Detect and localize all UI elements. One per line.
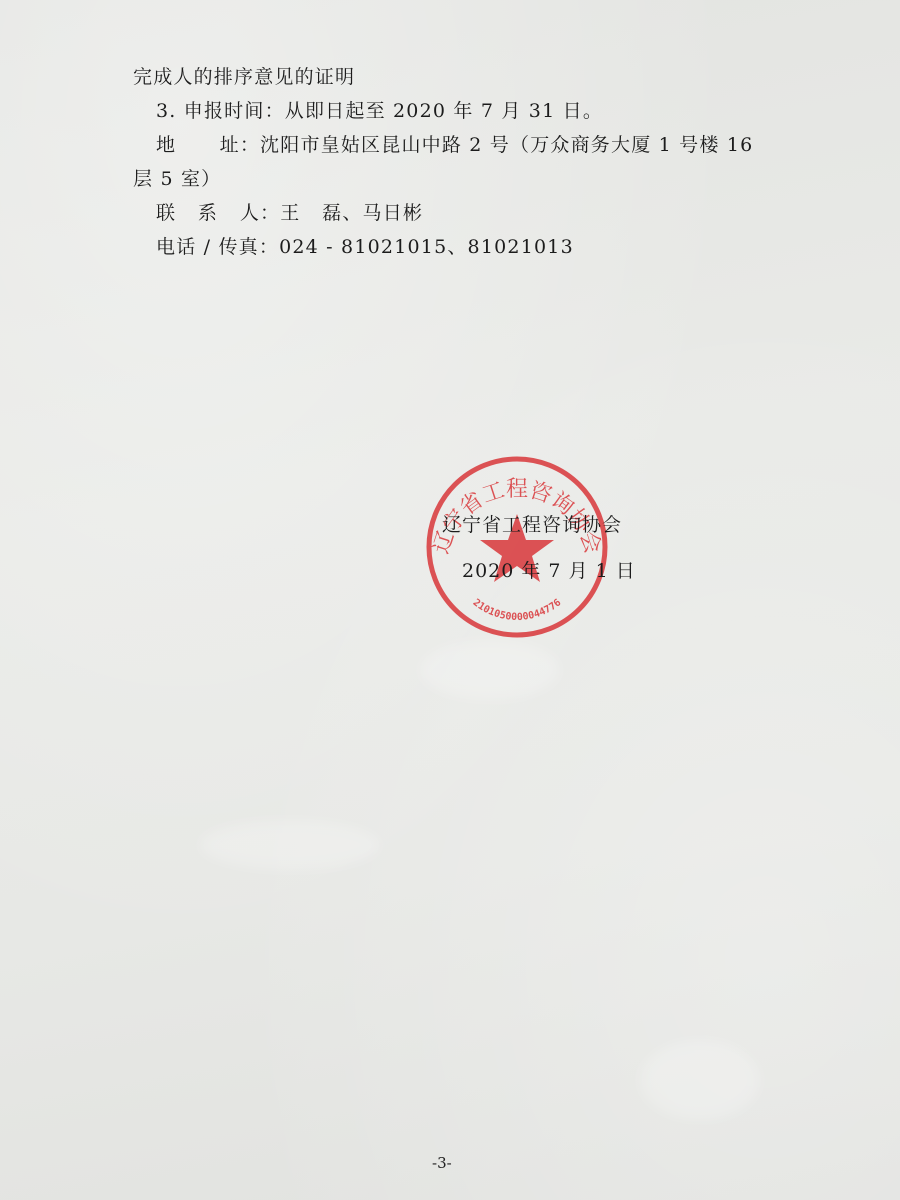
text-line-address-cont: 层 5 室） (133, 170, 221, 189)
signature-date: 2020 年 7 月 1 日 (462, 562, 636, 581)
paper-crease (200, 820, 380, 870)
page-number: -3- (432, 1154, 452, 1172)
paper-crease (640, 1040, 760, 1120)
text-line-deadline: 3. 申报时间：从即日起至 2020 年 7 月 31 日。 (156, 102, 603, 121)
signature-organization: 辽宁省工程咨询协会 (442, 516, 622, 535)
text-line-contact: 联 系 人：王 磊、马日彬 (156, 204, 423, 223)
official-seal: 辽宁省工程咨询协会 2101050000044776 (422, 452, 612, 642)
text-line-address: 地 址：沈阳市皇姑区昆山中路 2 号（万众商务大厦 1 号楼 16 (156, 136, 753, 155)
text-line-phone: 电话 / 传真：024 - 81021015、81021013 (156, 238, 574, 257)
text-line-certificate: 完成人的排序意见的证明 (133, 68, 355, 87)
paper-crease (420, 640, 560, 700)
seal-code: 2101050000044776 (471, 597, 564, 623)
